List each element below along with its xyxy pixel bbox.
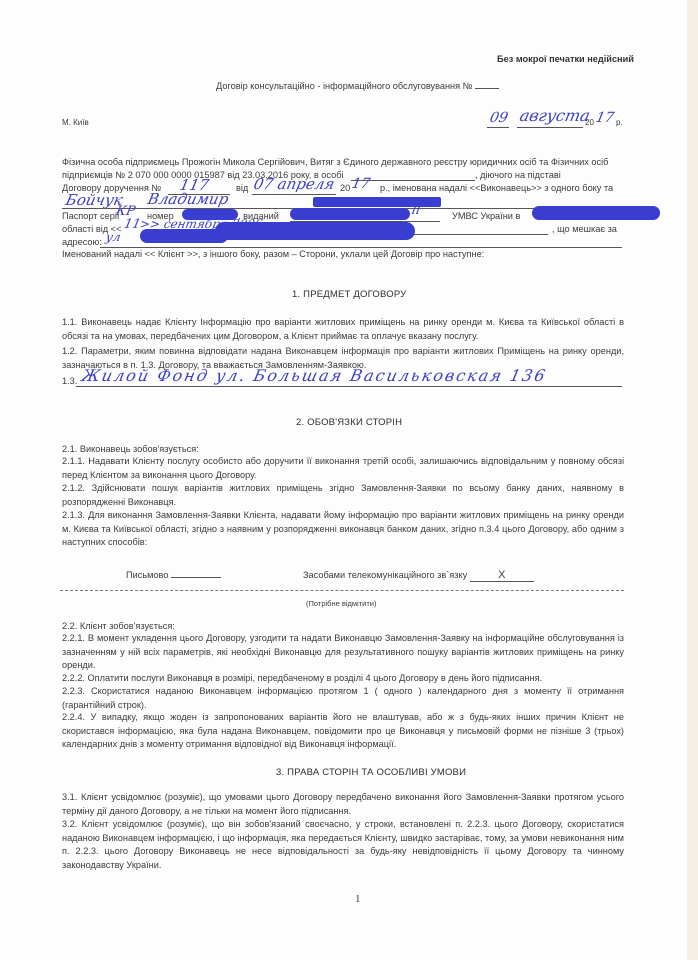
clause-2-2-1: 2.2.1. В момент укладення цього Договору… [62, 632, 624, 673]
power-date-hand: 07 апреля [252, 175, 336, 193]
mark-note: (Потрібне відмітити) [306, 598, 376, 610]
parties-line-2b: , діючого на підставі [475, 169, 561, 181]
option-written: Письмово [126, 569, 221, 581]
clause-1-1: 1.1. Виконавець надає Клієнту Інформацію… [62, 316, 624, 343]
date-year-prefix: 20 [585, 117, 594, 129]
parties-line-3c: 20 [340, 182, 350, 194]
clause-2-1-2: 2.1.2. Здійснювати пошук варіантів житло… [62, 482, 624, 509]
page-number: 1 [355, 893, 361, 905]
clause-1-3-line [76, 386, 622, 387]
redaction-umvs-region [532, 206, 660, 220]
date-year: 17 [594, 110, 615, 126]
clause-3-1: 3.1. Клієнт усвідомлює (розуміє), що умо… [62, 791, 624, 818]
option-written-label: Письмово [126, 570, 168, 580]
option-written-checkbox[interactable] [171, 577, 221, 578]
address-label: адресою: [62, 236, 102, 248]
contract-title: Договір консультаційно - інформаційного … [216, 80, 499, 92]
section-2-heading: 2. ОБОВ'ЯЗКИ СТОРІН [296, 417, 402, 428]
date-month: августа [518, 106, 592, 125]
umvs-label: УМВС України в [452, 210, 520, 222]
redaction-issued-by [290, 208, 410, 220]
option-telecom: Засобами телекомунікаційного зв`язку X [303, 569, 534, 582]
clause-2-1-3: 2.1.3. Для виконання Замовлення-Заявки К… [62, 509, 624, 550]
clause-2-2-3: 2.2.3. Скористатися наданою Виконавцем і… [62, 685, 624, 712]
options-divider [60, 590, 624, 591]
clause-2-2-2: 2.2.2. Оплатити послуги Виконавця в розм… [62, 672, 624, 686]
clause-2-2: 2.2. Клієнт зобов'язується: [62, 620, 175, 632]
section-3-heading: 3. ПРАВА СТОРІН ТА ОСОБЛИВІ УМОВИ [276, 767, 466, 778]
redaction-client-patronymic [313, 197, 441, 207]
clause-1-3-hand: Жилой Фонд ул. Большая Васильковская 136 [80, 366, 549, 385]
scan-edge [687, 0, 698, 960]
clause-3-2: 3.2. Клієнт усвідомлює (розуміє), що він… [62, 818, 624, 872]
clause-2-2-4: 2.2.4. У випадку, якщо жоден із запропон… [62, 711, 624, 752]
stamp-note: Без мокрої печатки недійсний [497, 53, 634, 65]
issued-by-hand-tail: ll [410, 203, 422, 218]
city: М. Київ [62, 117, 89, 129]
redaction-address-2 [215, 222, 415, 240]
date-month-line [517, 127, 583, 128]
clause-2-1-1: 2.1.1. Надавати Клієнту послугу особисто… [62, 455, 624, 482]
contract-number-blank [475, 88, 499, 89]
date-day-line [487, 127, 509, 128]
date-day: 09 [488, 110, 509, 126]
power-year-hand: 17 [350, 176, 371, 192]
address-hand: ул [105, 230, 123, 244]
client-surname-hand: Бойчук [64, 191, 125, 209]
section-1-heading: 1. ПРЕДМЕТ ДОГОВОРУ [292, 289, 406, 300]
clause-2-1: 2.1. Виконавець зобов'язується: [62, 443, 199, 455]
parties-line-1: Фізична особа підприємець Прожогін Микол… [62, 156, 608, 168]
passport-label: Паспорт серії [62, 210, 119, 222]
client-name-hand: Владимир [146, 190, 230, 208]
parties-closing: Іменований надалі << Клієнт >>, з іншого… [62, 248, 484, 260]
document-page: Без мокрої печатки недійсний Договір кон… [0, 0, 687, 960]
id-number-line [398, 234, 548, 235]
option-telecom-checkbox[interactable]: X [470, 569, 534, 582]
option-telecom-label: Засобами телекомунікаційного зв`язку [303, 570, 467, 580]
power-date-line [252, 194, 336, 195]
parties-line-3b: від [236, 182, 248, 194]
date-year-letter: р. [616, 117, 623, 129]
residence-label: , що мешкає за [552, 223, 617, 235]
contract-title-text: Договір консультаційно - інформаційного … [216, 81, 473, 91]
parties-line-3d: р., іменована надалі <<Виконавець>> з од… [380, 182, 613, 194]
